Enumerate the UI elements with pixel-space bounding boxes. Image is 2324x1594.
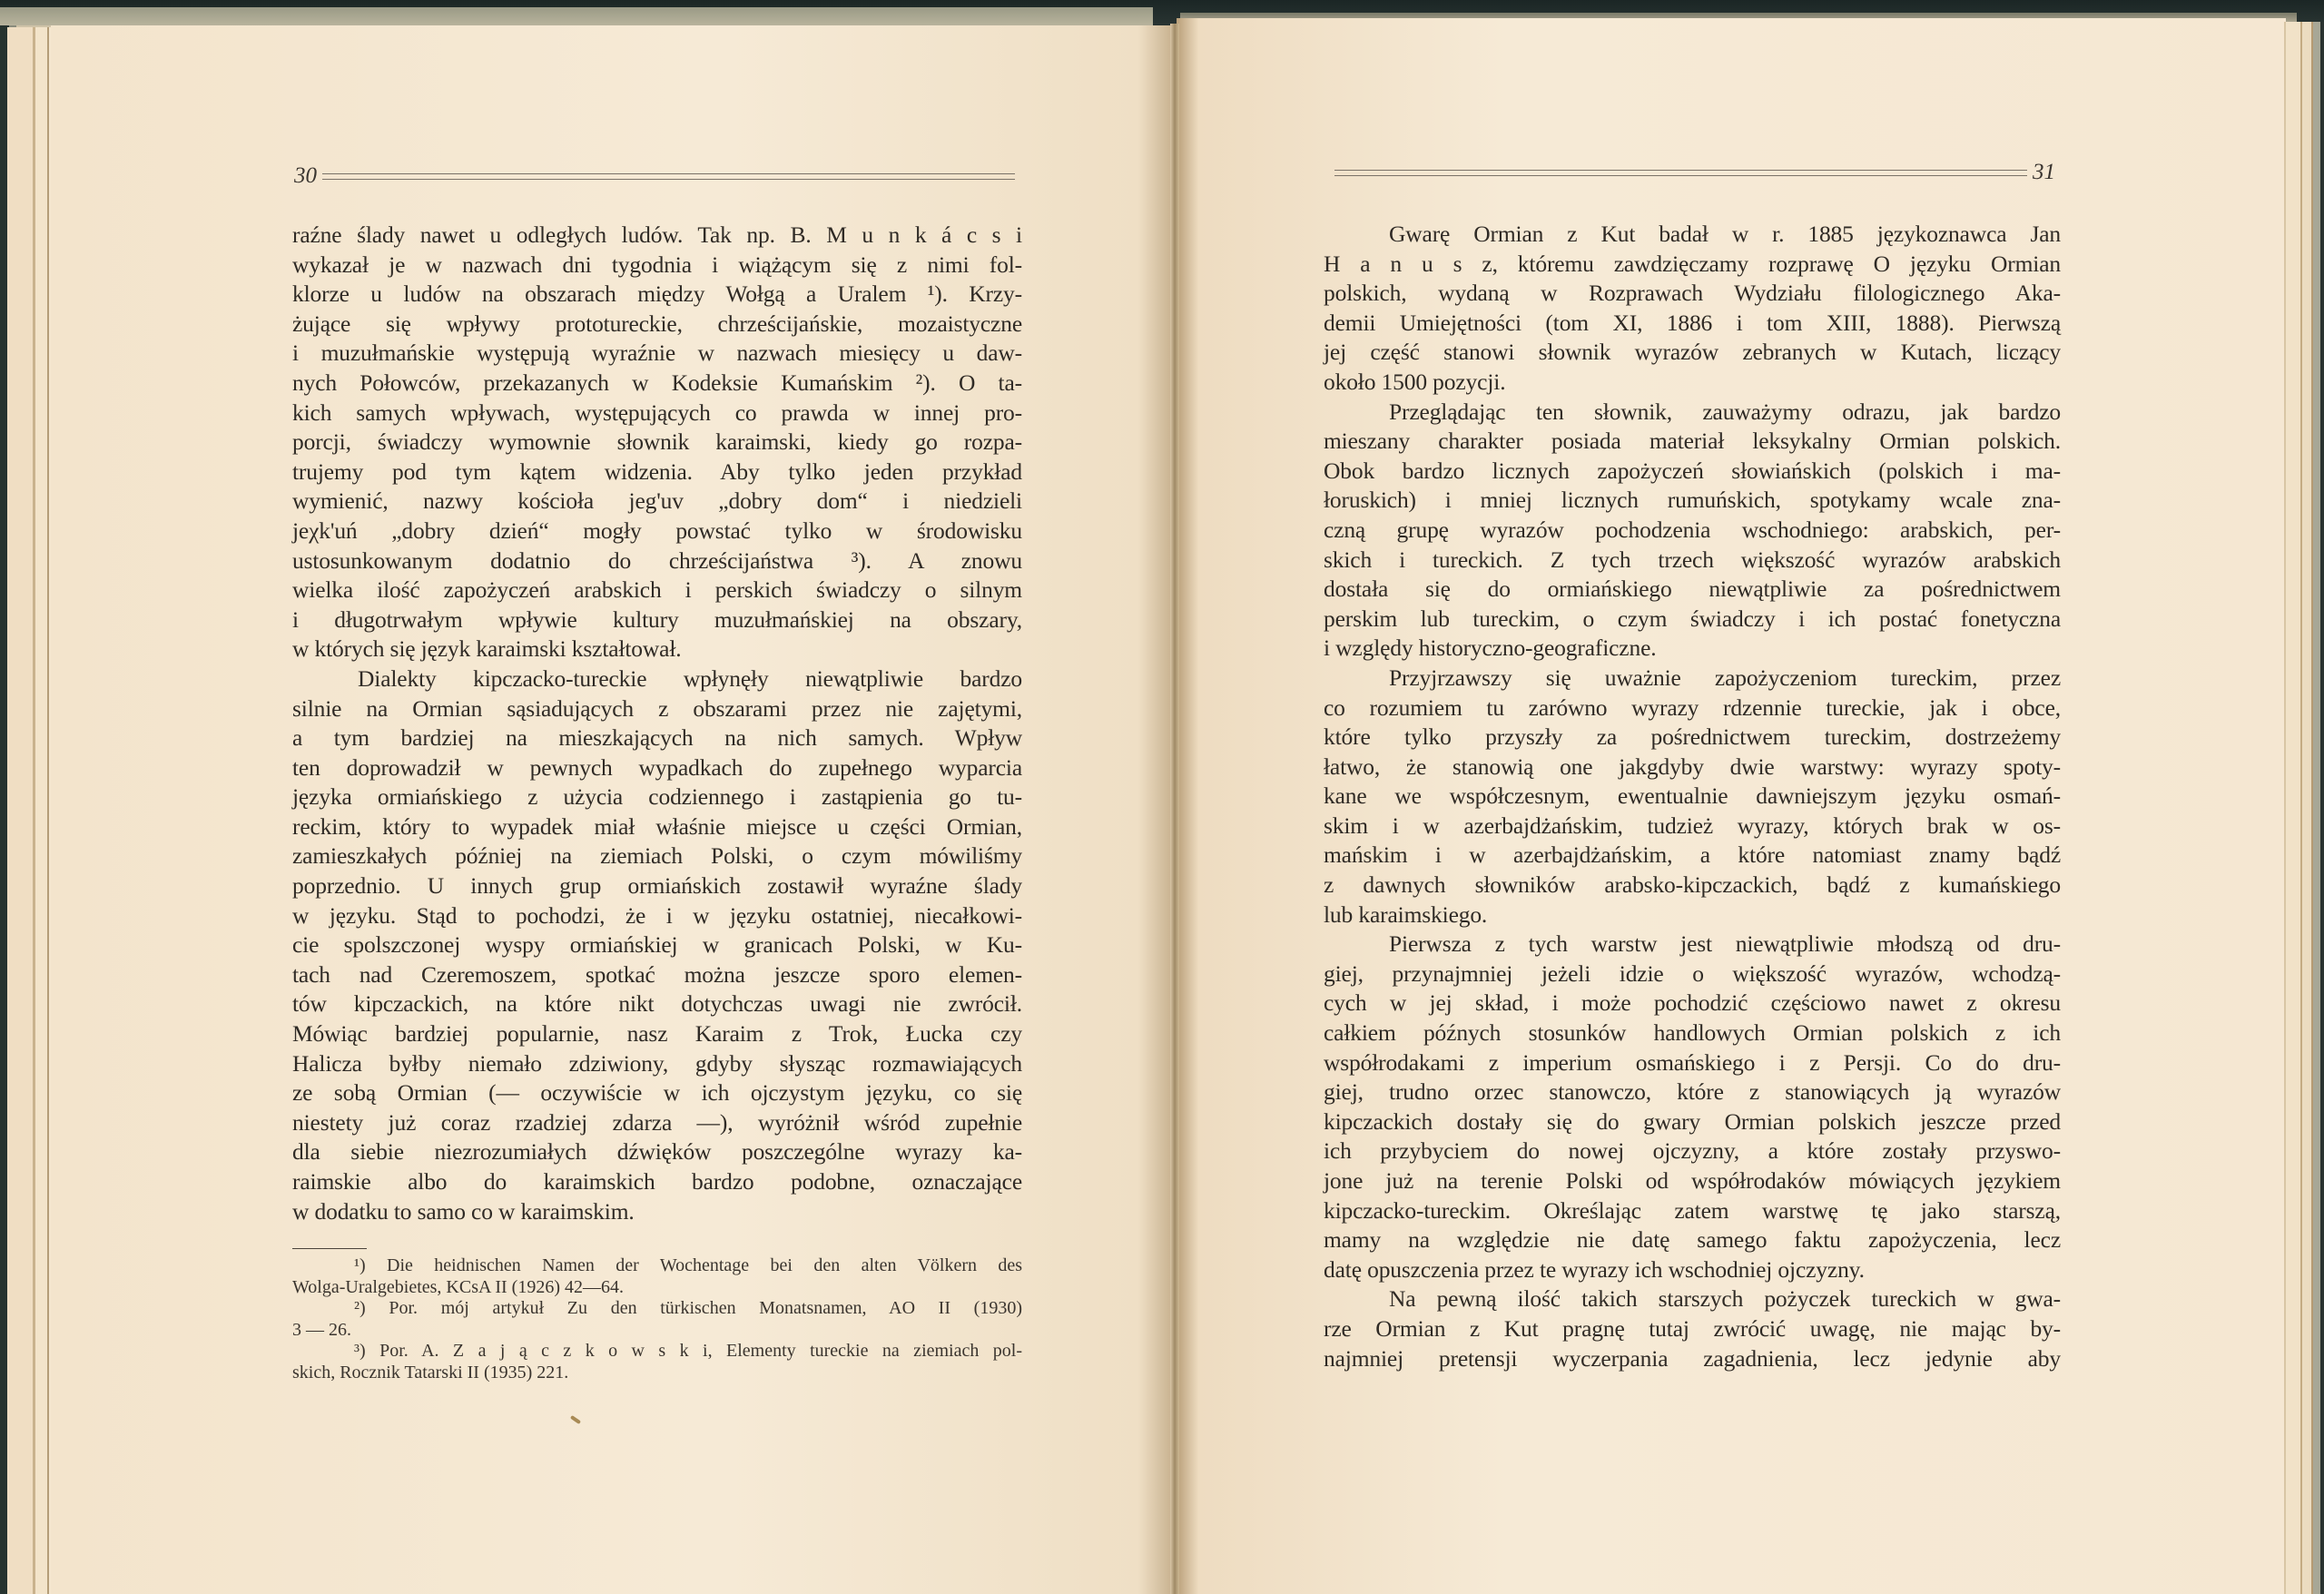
text-line: Dialekty kipczacko-tureckie wpłynęły nie… <box>292 664 1022 694</box>
text-line: w języku. Stąd to pochodzi, że i w język… <box>292 901 1022 931</box>
footnote-line: ²) Por. mój artykuł Zu den türkischen Mo… <box>292 1298 1022 1320</box>
text-line: rze Ormian z Kut pragnę tutaj zwrócić uw… <box>1324 1314 2061 1344</box>
text-line: dostała się do ormiańskiego niewątpliwie… <box>1324 575 2061 605</box>
text-line: Na pewną ilość takich starszych pożyczek… <box>1324 1284 2061 1314</box>
text-line: nych Połowców, przekazanych w Kodeksie K… <box>292 369 1022 398</box>
text-line: języka ormiańskiego z użycia codziennego… <box>292 782 1022 812</box>
text-line: raźne ślady nawet u odległych ludów. Tak… <box>292 221 1022 251</box>
right-page-number: 31 <box>2033 160 2055 185</box>
text-line: niestety już coraz rzadziej zdarza —), w… <box>292 1108 1022 1138</box>
footnote-text: Por. A. Z a j ą c z k o w s k i, Element… <box>379 1341 1022 1361</box>
text-line: i długotrwałym wpływie kultury muzułmańs… <box>292 605 1022 635</box>
left-page-header: 30 <box>294 163 1020 189</box>
left-page-body: raźne ślady nawet u odległych ludów. Tak… <box>292 221 1022 1226</box>
text-line: żujące się wpływy prototureckie, chrześc… <box>292 310 1022 339</box>
text-line: trujemy pod tym kątem widzenia. Aby tylk… <box>292 458 1022 487</box>
text-line: całkiem późnych stosunków handlowych Orm… <box>1324 1018 2061 1048</box>
text-line: kipczacko-tureckim. Określając zatem war… <box>1324 1196 2061 1226</box>
footnote-text: Wolga-Uralgebietes, KCsA II (1926) 42—64… <box>292 1277 624 1297</box>
footnote-text: skich, Rocznik Tatarski II (1935) 221. <box>292 1363 568 1382</box>
header-rule <box>322 173 1015 180</box>
text-line: raimskie albo do karaimskich bardzo podo… <box>292 1167 1022 1197</box>
text-line: ze sobą Ormian (— oczywiście w ich ojczy… <box>292 1078 1022 1108</box>
text-line: dla siebie niezrozumiałych dźwięków posz… <box>292 1137 1022 1167</box>
text-line: mamy na względzie nie datę samego faktu … <box>1324 1225 2061 1255</box>
stacked-leaves-right <box>2284 22 2324 1594</box>
text-line: Halicza byłby niemało zdziwiony, gdyby s… <box>292 1049 1022 1079</box>
footnote-marker: ²) <box>354 1298 389 1318</box>
footnote-text: Por. mój artykuł Zu den türkischen Monat… <box>389 1298 1022 1318</box>
text-line: Gwarę Ormian z Kut badał w r. 1885 język… <box>1324 220 2061 250</box>
footnote-line: ³) Por. A. Z a j ą c z k o w s k i, Elem… <box>292 1341 1022 1363</box>
text-line: mieszany charakter posiada materiał leks… <box>1324 427 2061 457</box>
left-page-footnotes: ¹) Die heidnischen Namen der Wochentage … <box>292 1255 1022 1384</box>
book-gutter <box>1170 24 1179 1594</box>
stacked-leaves-left <box>7 27 53 1594</box>
footnote-marker: ¹) <box>354 1255 387 1275</box>
text-line: w dodatku to samo co w karaimskim. <box>292 1197 1022 1227</box>
text-line: z dawnych słowników arabsko-kipczackich,… <box>1324 871 2061 900</box>
text-line: tach nad Czeremoszem, spotkać można jesz… <box>292 960 1022 990</box>
text-line: kipczackich dostały się do gwary Ormian … <box>1324 1107 2061 1137</box>
text-line: jej część stanowi słownik wyrazów zebran… <box>1324 338 2061 368</box>
text-line: najmniej pretensji wyczerpania zagadnien… <box>1324 1344 2061 1374</box>
footnote-line: 3 — 26. <box>292 1320 1022 1342</box>
text-line: cych w jej skład, i może pochodzić częśc… <box>1324 989 2061 1018</box>
text-line: zamieszkałych później na ziemiach Polski… <box>292 841 1022 871</box>
text-line: wymienić, nazwy kościoła jeg'uv „dobry d… <box>292 487 1022 517</box>
text-line: wykazał je w nazwach dni tygodnia i wiąż… <box>292 251 1022 280</box>
text-line: a tym bardziej na mieszkających na nich … <box>292 723 1022 753</box>
footnote-text: Die heidnischen Namen der Wochentage bei… <box>387 1255 1022 1275</box>
footnote-text: 3 — 26. <box>292 1320 351 1340</box>
header-rule <box>1334 170 2027 176</box>
text-line: Mówiąc bardziej popularnie, nasz Karaim … <box>292 1019 1022 1049</box>
text-line: giej, trudno orzec stanowczo, które z st… <box>1324 1077 2061 1107</box>
text-line: giej, przynajmniej jeżeli idzie o większ… <box>1324 959 2061 989</box>
text-line: Obok bardzo licznych zapożyczeń słowiańs… <box>1324 457 2061 487</box>
text-line: tów kipczackich, na które nikt dotychcza… <box>292 989 1022 1019</box>
text-line: Przeglądając ten słownik, zauważymy odra… <box>1324 398 2061 428</box>
text-line: łatwo, że stanowią one jakgdyby dwie war… <box>1324 753 2061 782</box>
footnote-separator <box>292 1248 367 1249</box>
text-line: około 1500 pozycji. <box>1324 368 2061 398</box>
text-line: jone już na terenie Polski od współrodak… <box>1324 1166 2061 1196</box>
text-line: cie spolszczonej wyspy ormiańskiej w gra… <box>292 930 1022 960</box>
right-page-header: 31 <box>1329 160 2055 185</box>
text-line: silnie na Ormian sąsiadujących z obszara… <box>292 694 1022 724</box>
text-line: H a n u s z, któremu zawdzięczamy rozpra… <box>1324 250 2061 280</box>
text-line: ich przybyciem do nowej ojczyzny, a któr… <box>1324 1136 2061 1166</box>
text-line: ustosunkowanym dodatnio do chrześcijańst… <box>292 546 1022 576</box>
text-line: kich samych wpływach, występujących co p… <box>292 398 1022 428</box>
text-line: skich i tureckich. Z tych trzech większo… <box>1324 546 2061 576</box>
text-line: które tylko przyszły za pośrednictwem tu… <box>1324 723 2061 753</box>
text-line: w których się język karaimski kształtowa… <box>292 635 1022 664</box>
footnote-line: skich, Rocznik Tatarski II (1935) 221. <box>292 1363 1022 1384</box>
page-top-edge-left <box>0 7 1153 25</box>
text-line: mańskim i w azerbajdżańskim, a które nat… <box>1324 841 2061 871</box>
text-line: polskich, wydaną w Rozprawach Wydziału f… <box>1324 279 2061 309</box>
text-line: kane we współczesnym, ewentualnie dawnie… <box>1324 782 2061 812</box>
text-line: łoruskich) i mniej licznych rumuńskich, … <box>1324 486 2061 516</box>
text-line: czną grupę wyrazów pochodzenia wschodnie… <box>1324 516 2061 546</box>
right-page-body: Gwarę Ormian z Kut badał w r. 1885 język… <box>1324 220 2061 1373</box>
text-line: Pierwsza z tych warstw jest niewątpliwie… <box>1324 930 2061 959</box>
text-line: skim i w azerbajdżańskim, tudzież wyrazy… <box>1324 812 2061 841</box>
text-line: perskim lub tureckim, o czym świadczy i … <box>1324 605 2061 635</box>
text-line: klorze u ludów na obszarach między Wołgą… <box>292 280 1022 310</box>
left-page-number: 30 <box>294 163 317 189</box>
text-line: wielka ilość zapożyczeń arabskich i pers… <box>292 576 1022 605</box>
text-line: co rozumiem tu zarówno wyrazy rdzennie t… <box>1324 694 2061 723</box>
text-line: demii Umiejętności (tom XI, 1886 i tom X… <box>1324 309 2061 339</box>
text-line: i muzułmańskie występują wyraźnie w nazw… <box>292 339 1022 369</box>
footnote-line: ¹) Die heidnischen Namen der Wochentage … <box>292 1255 1022 1277</box>
text-line: współrodakami z imperium osmańskiego i z… <box>1324 1048 2061 1078</box>
text-line: porcji, świadczy wymownie słownik karaim… <box>292 428 1022 458</box>
footnote-marker: ³) <box>354 1341 379 1361</box>
text-line: jeχk'uń „dobry dzień“ mogły powstać tylk… <box>292 517 1022 546</box>
text-line: datę opuszczenia przez te wyrazy ich wsc… <box>1324 1255 2061 1285</box>
text-line: ten doprowadził w pewnych wypadkach do z… <box>292 753 1022 783</box>
text-line: poprzednio. U innych grup ormiańskich zo… <box>292 871 1022 901</box>
text-line: i względy historyczno-geograficzne. <box>1324 634 2061 664</box>
footnote-line: Wolga-Uralgebietes, KCsA II (1926) 42—64… <box>292 1277 1022 1299</box>
text-line: lub karaimskiego. <box>1324 900 2061 930</box>
text-line: Przyjrzawszy się uważnie zapożyczeniom t… <box>1324 664 2061 694</box>
text-line: reckim, który to wypadek miał właśnie mi… <box>292 812 1022 842</box>
